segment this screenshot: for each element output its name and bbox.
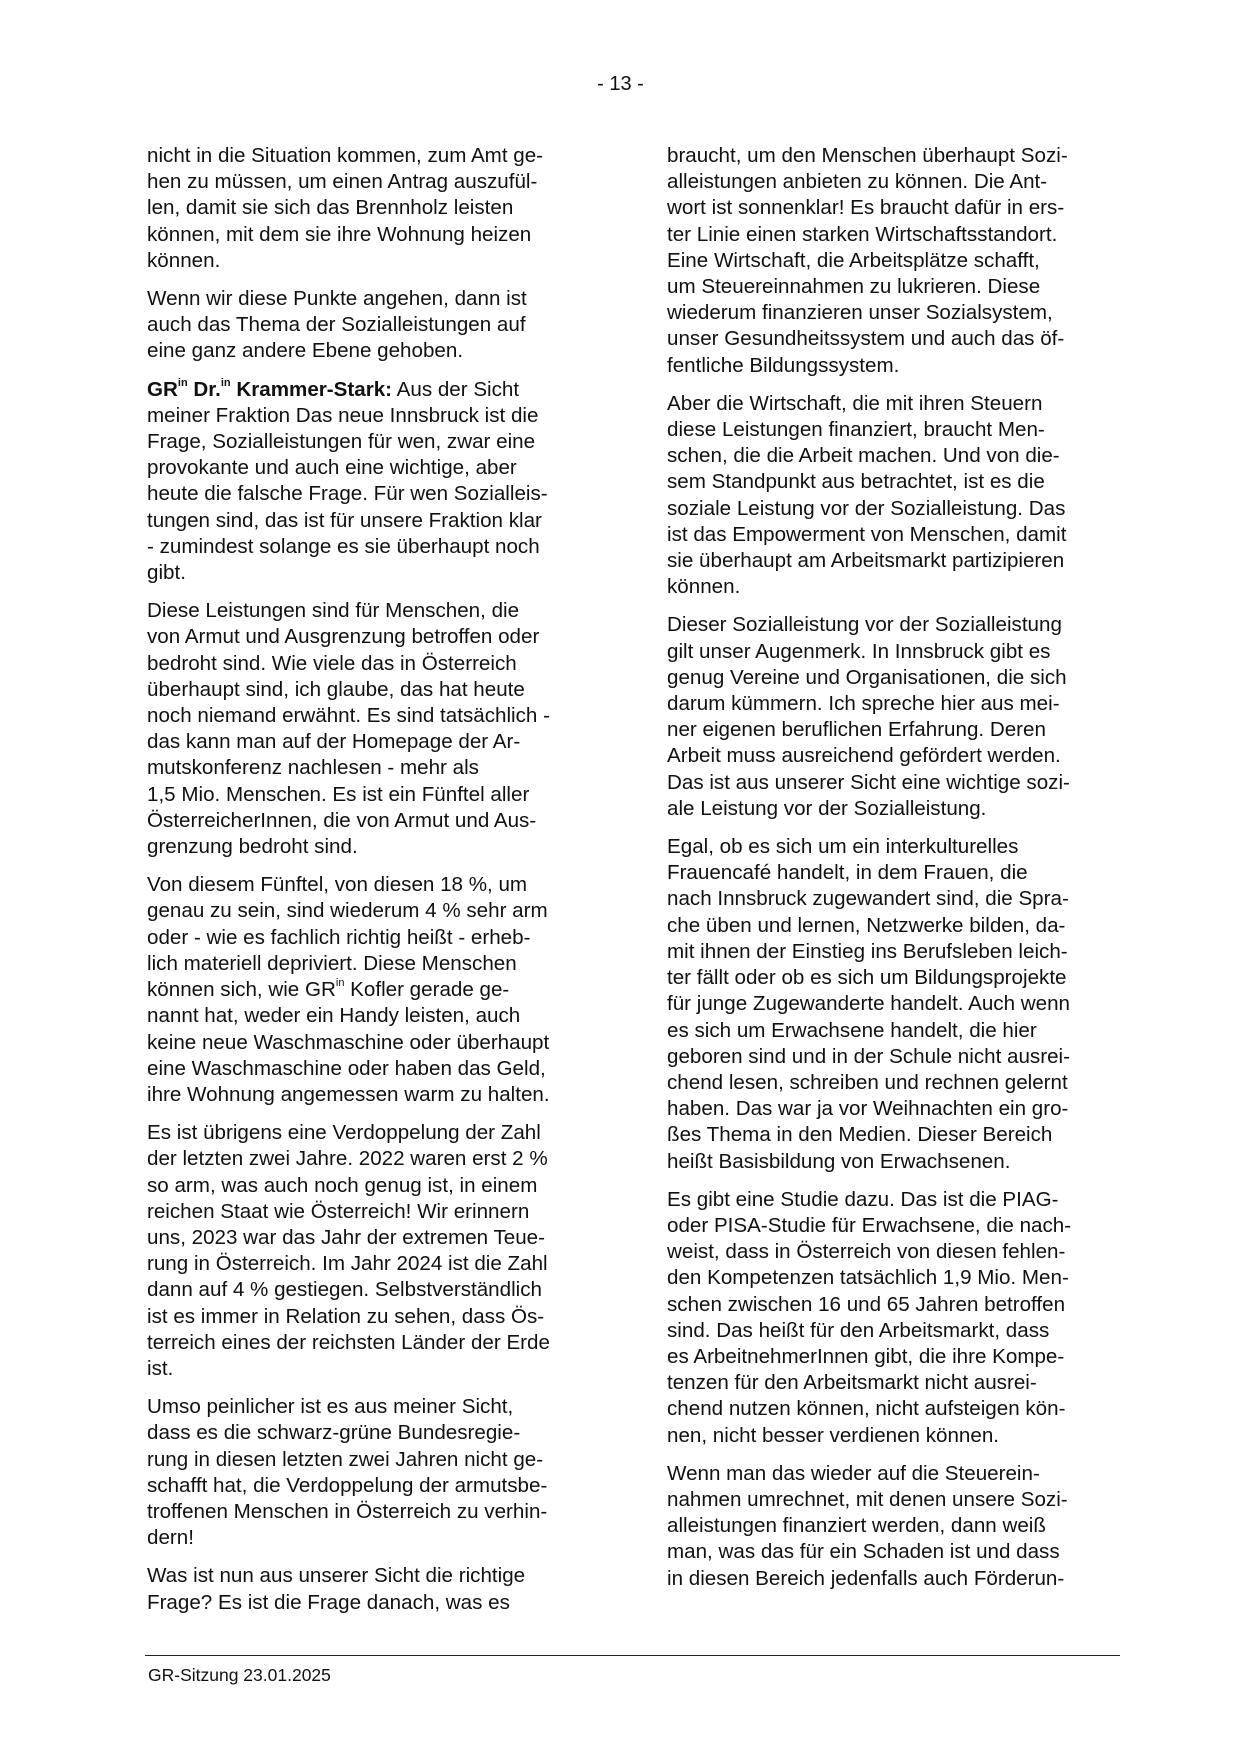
- text-line: von Armut und Ausgrenzung betroffen oder: [147, 624, 617, 650]
- text-line: Eine Wirtschaft, die Arbeitsplätze schaf…: [667, 248, 1137, 274]
- text-line: sem Standpunkt aus betrachtet, ist es di…: [667, 469, 1137, 495]
- text-line: Von diesem Fünftel, von diesen 18 %, um: [147, 872, 617, 898]
- text-line: - zumindest solange es sie überhaupt noc…: [147, 534, 617, 560]
- mention-prefix: können sich, wie: [147, 978, 305, 1001]
- text-line: grenzung bedroht sind.: [147, 834, 617, 860]
- text-line: dass es die schwarz-grüne Bundesregie-: [147, 1420, 617, 1446]
- text-line: genau zu sein, sind wiederum 4 % sehr ar…: [147, 898, 617, 924]
- text-line: schafft hat, die Verdoppelung der armuts…: [147, 1473, 617, 1499]
- text-line: uns, 2023 war das Jahr der extremen Teue…: [147, 1225, 617, 1251]
- text-line: ist es immer in Relation zu sehen, dass …: [147, 1304, 617, 1330]
- text-line: sie überhaupt am Arbeitsmarkt partizipie…: [667, 548, 1137, 574]
- text-line: in diesen Bereich jedenfalls auch Förder…: [667, 1566, 1137, 1592]
- text-line: dern!: [147, 1525, 617, 1551]
- text-line: wiederum finanzieren unser Sozialsystem,: [667, 300, 1137, 326]
- text-line: heißt Basisbildung von Erwachsenen.: [667, 1149, 1137, 1175]
- speech-first-line-text: Aus der Sicht: [392, 378, 519, 401]
- text-line: nicht in die Situation kommen, zum Amt g…: [147, 143, 617, 169]
- text-line: braucht, um den Menschen überhaupt Sozi-: [667, 143, 1137, 169]
- text-line: eine ganz andere Ebene gehoben.: [147, 338, 617, 364]
- text-line: nahmen umrechnet, mit denen unsere Sozi-: [667, 1487, 1137, 1513]
- text-line: ale Leistung vor der Sozialleistung.: [667, 796, 1137, 822]
- text-line: meiner Fraktion Das neue Innsbruck ist d…: [147, 403, 617, 429]
- text-line: Frage, Sozialleistungen für wen, zwar ei…: [147, 429, 617, 455]
- text-line: terreich eines der reichsten Länder der …: [147, 1330, 617, 1356]
- text-line: Wenn wir diese Punkte angehen, dann ist: [147, 286, 617, 312]
- speaker-name: GRin Dr.in Krammer-Stark:: [147, 378, 392, 401]
- mention-title-suffix: in: [336, 977, 345, 989]
- paragraph-left-1: nicht in die Situation kommen, zum Amt g…: [147, 143, 617, 274]
- paragraph-right-2: Aber die Wirtschaft, die mit ihren Steue…: [667, 391, 1137, 601]
- text-line: provokante und auch eine wichtige, aber: [147, 455, 617, 481]
- paragraph-left-7: Umso peinlicher ist es aus meiner Sicht,…: [147, 1394, 617, 1551]
- right-column: braucht, um den Menschen überhaupt Sozi-…: [667, 143, 1137, 1604]
- page-number: - 13 -: [0, 72, 1241, 96]
- text-line: oder - wie es fachlich richtig heißt - e…: [147, 925, 617, 951]
- text-line: so arm, was auch noch genug ist, in eine…: [147, 1173, 617, 1199]
- paragraph-right-4: Egal, ob es sich um ein interkulturelles…: [667, 834, 1137, 1175]
- text-line: man, was das für ein Schaden ist und das…: [667, 1539, 1137, 1565]
- paragraph-left-8: Was ist nun aus unserer Sicht die richti…: [147, 1563, 617, 1615]
- footer-session-date: GR-Sitzung 23.01.2025: [148, 1664, 331, 1686]
- text-line: ihre Wohnung angemessen warm zu halten.: [147, 1082, 617, 1108]
- text-line: der letzten zwei Jahre. 2022 waren erst …: [147, 1146, 617, 1172]
- text-line: auch das Thema der Sozialleistungen auf: [147, 312, 617, 338]
- left-column: nicht in die Situation kommen, zum Amt g…: [147, 143, 617, 1628]
- text-line: chend lesen, schreiben und rechnen geler…: [667, 1070, 1137, 1096]
- text-line: ner eigenen beruflichen Erfahrung. Deren: [667, 717, 1137, 743]
- text-line: hen zu müssen, um einen Antrag auszufül-: [147, 169, 617, 195]
- text-line: Was ist nun aus unserer Sicht die richti…: [147, 1563, 617, 1589]
- speaker-title-dr-suffix: in: [221, 377, 231, 389]
- text-line: für junge Zugewanderte handelt. Auch wen…: [667, 991, 1137, 1017]
- text-line: ßes Thema in den Medien. Dieser Bereich: [667, 1122, 1137, 1148]
- text-line: nach Innsbruck zugewandert sind, die Spr…: [667, 886, 1137, 912]
- text-line: unser Gesundheitssystem und auch das öf-: [667, 326, 1137, 352]
- text-line: es ArbeitnehmerInnen gibt, die ihre Komp…: [667, 1344, 1137, 1370]
- text-line: schen, die die Arbeit machen. Und von di…: [667, 443, 1137, 469]
- speaker-title-gr: GR: [147, 378, 178, 401]
- text-line: rung in diesen letzten zwei Jahren nicht…: [147, 1447, 617, 1473]
- text-line: Wenn man das wieder auf die Steuerein-: [667, 1461, 1137, 1487]
- text-line: mit ihnen der Einstieg ins Berufsleben l…: [667, 939, 1137, 965]
- text-line: gibt.: [147, 560, 617, 586]
- text-line: schen zwischen 16 und 65 Jahren betroffe…: [667, 1292, 1137, 1318]
- text-line: wort ist sonnenklar! Es braucht dafür in…: [667, 195, 1137, 221]
- text-line: Umso peinlicher ist es aus meiner Sicht,: [147, 1394, 617, 1420]
- speaker-surname: Krammer-Stark:: [231, 378, 392, 401]
- text-line: Diese Leistungen sind für Menschen, die: [147, 598, 617, 624]
- text-line: Das ist aus unserer Sicht eine wichtige …: [667, 770, 1137, 796]
- text-line: Aber die Wirtschaft, die mit ihren Steue…: [667, 391, 1137, 417]
- text-line: geboren sind und in der Schule nicht aus…: [667, 1044, 1137, 1070]
- text-line: Frage? Es ist die Frage danach, was es: [147, 1590, 617, 1616]
- text-line: soziale Leistung vor der Sozialleistung.…: [667, 496, 1137, 522]
- text-line: dann auf 4 % gestiegen. Selbstverständli…: [147, 1277, 617, 1303]
- text-line: den Kompetenzen tatsächlich 1,9 Mio. Men…: [667, 1265, 1137, 1291]
- text-line: reichen Staat wie Österreich! Wir erinne…: [147, 1199, 617, 1225]
- text-line-with-mention: können sich, wie GRin Kofler gerade ge-: [147, 977, 617, 1003]
- text-line: alleistungen anbieten zu können. Die Ant…: [667, 169, 1137, 195]
- text-line: eine Waschmaschine oder haben das Geld,: [147, 1056, 617, 1082]
- text-line: heute die falsche Frage. Für wen Soziall…: [147, 481, 617, 507]
- text-line: chend nutzen können, nicht aufsteigen kö…: [667, 1396, 1137, 1422]
- text-line: Arbeit muss ausreichend gefördert werden…: [667, 743, 1137, 769]
- mention-title: GR: [305, 978, 336, 1001]
- text-line: len, damit sie sich das Brennholz leiste…: [147, 195, 617, 221]
- text-line: fentliche Bildungssystem.: [667, 353, 1137, 379]
- text-line: um Steuereinnahmen zu lukrieren. Diese: [667, 274, 1137, 300]
- text-line: Egal, ob es sich um ein interkulturelles: [667, 834, 1137, 860]
- paragraph-left-3-speech: GRin Dr.in Krammer-Stark: Aus der Sicht …: [147, 377, 617, 587]
- paragraph-right-5: Es gibt eine Studie dazu. Das ist die PI…: [667, 1187, 1137, 1449]
- text-line: alleistungen finanziert werden, dann wei…: [667, 1513, 1137, 1539]
- text-line: ÖsterreicherInnen, die von Armut und Aus…: [147, 808, 617, 834]
- text-line: rung in Österreich. Im Jahr 2024 ist die…: [147, 1251, 617, 1277]
- speaker-title-dr: Dr.: [188, 378, 221, 401]
- text-line: haben. Das war ja vor Weihnachten ein gr…: [667, 1096, 1137, 1122]
- text-line: können.: [147, 248, 617, 274]
- text-line: können.: [667, 574, 1137, 600]
- paragraph-left-5: Von diesem Fünftel, von diesen 18 %, um …: [147, 872, 617, 1108]
- text-line: ter Linie einen starken Wirtschaftsstand…: [667, 222, 1137, 248]
- text-line: Es gibt eine Studie dazu. Das ist die PI…: [667, 1187, 1137, 1213]
- text-line: noch niemand erwähnt. Es sind tatsächlic…: [147, 703, 617, 729]
- text-line: troffenen Menschen in Österreich zu verh…: [147, 1499, 617, 1525]
- speech-first-line: GRin Dr.in Krammer-Stark: Aus der Sicht: [147, 377, 617, 403]
- text-line: bedroht sind. Wie viele das in Österreic…: [147, 651, 617, 677]
- text-line: nen, nicht besser verdienen können.: [667, 1423, 1137, 1449]
- text-line: 1,5 Mio. Menschen. Es ist ein Fünftel al…: [147, 782, 617, 808]
- text-line: oder PISA-Studie für Erwachsene, die nac…: [667, 1213, 1137, 1239]
- text-line: ter fällt oder ob es sich um Bildungspro…: [667, 965, 1137, 991]
- text-line: genug Vereine und Organisationen, die si…: [667, 665, 1137, 691]
- text-line: tungen sind, das ist für unsere Fraktion…: [147, 508, 617, 534]
- paragraph-left-6: Es ist übrigens eine Verdoppelung der Za…: [147, 1120, 617, 1382]
- paragraph-right-6: Wenn man das wieder auf die Steuerein- n…: [667, 1461, 1137, 1592]
- text-line: Es ist übrigens eine Verdoppelung der Za…: [147, 1120, 617, 1146]
- text-line: weist, dass in Österreich von diesen feh…: [667, 1239, 1137, 1265]
- text-line: es sich um Erwachsene handelt, die hier: [667, 1018, 1137, 1044]
- text-line: keine neue Waschmaschine oder überhaupt: [147, 1030, 617, 1056]
- text-line: mutskonferenz nachlesen - mehr als: [147, 755, 617, 781]
- text-line: che üben und lernen, Netzwerke bilden, d…: [667, 913, 1137, 939]
- paragraph-left-2: Wenn wir diese Punkte angehen, dann ist …: [147, 286, 617, 365]
- text-line: darum kümmern. Ich spreche hier aus mei-: [667, 691, 1137, 717]
- text-line: ist.: [147, 1356, 617, 1382]
- text-line: lich materiell depriviert. Diese Mensche…: [147, 951, 617, 977]
- text-line: können, mit dem sie ihre Wohnung heizen: [147, 222, 617, 248]
- text-line: nannt hat, weder ein Handy leisten, auch: [147, 1003, 617, 1029]
- text-line: Frauencafé handelt, in dem Frauen, die: [667, 860, 1137, 886]
- speaker-title-gr-suffix: in: [178, 377, 188, 389]
- paragraph-right-3: Dieser Sozialleistung vor der Sozialleis…: [667, 612, 1137, 822]
- text-line: das kann man auf der Homepage der Ar-: [147, 729, 617, 755]
- text-line: diese Leistungen finanziert, braucht Men…: [667, 417, 1137, 443]
- text-line: tenzen für den Arbeitsmarkt nicht ausrei…: [667, 1370, 1137, 1396]
- text-line: gilt unser Augenmerk. In Innsbruck gibt …: [667, 639, 1137, 665]
- text-line: ist das Empowerment von Menschen, damit: [667, 522, 1137, 548]
- paragraph-right-1: braucht, um den Menschen überhaupt Sozi-…: [667, 143, 1137, 379]
- text-line: überhaupt sind, ich glaube, das hat heut…: [147, 677, 617, 703]
- footer-divider: [145, 1655, 1120, 1656]
- mention-suffix: Kofler gerade ge-: [344, 978, 509, 1001]
- text-line: Dieser Sozialleistung vor der Sozialleis…: [667, 612, 1137, 638]
- paragraph-left-4: Diese Leistungen sind für Menschen, die …: [147, 598, 617, 860]
- text-line: sind. Das heißt für den Arbeitsmarkt, da…: [667, 1318, 1137, 1344]
